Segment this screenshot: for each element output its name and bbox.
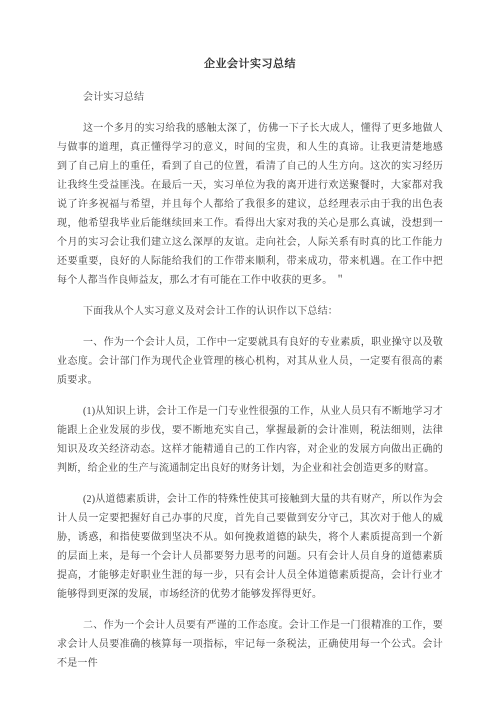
paragraph-internship-reflection: 这一个多月的实习给我的感触太深了，仿佛一下子长大成人，懂得了更多地做人与做事的道…: [57, 119, 443, 290]
paragraph-point-one: 一、作为一个会计人员，工作中一定要就具有良好的专业素质，职业操守以及敬业态度。会…: [57, 333, 443, 390]
document-title: 企业会计实习总结: [57, 57, 443, 71]
paragraph-point-one-sub1-knowledge: (1)从知识上讲，会计工作是一门专业性很强的工作，从业人员只有不断地学习才能跟上…: [57, 402, 443, 478]
document-subtitle: 会计实习总结: [57, 88, 443, 107]
paragraph-summary-intro: 下面我从个人实习意义及对会计工作的认识作以下总结：: [57, 302, 443, 321]
paragraph-point-one-sub2-ethics: (2)从道德素质讲，会计工作的特殊性使其可接触到大量的共有财产，所以作为会计人员…: [57, 490, 443, 604]
paragraph-point-two: 二、作为一个会计人员要有严谨的工作态度。会计工作是一门很精准的工作，要求会计人员…: [57, 616, 443, 673]
document-page: 企业会计实习总结 会计实习总结 这一个多月的实习给我的感触太深了，仿佛一下子长大…: [0, 0, 500, 708]
